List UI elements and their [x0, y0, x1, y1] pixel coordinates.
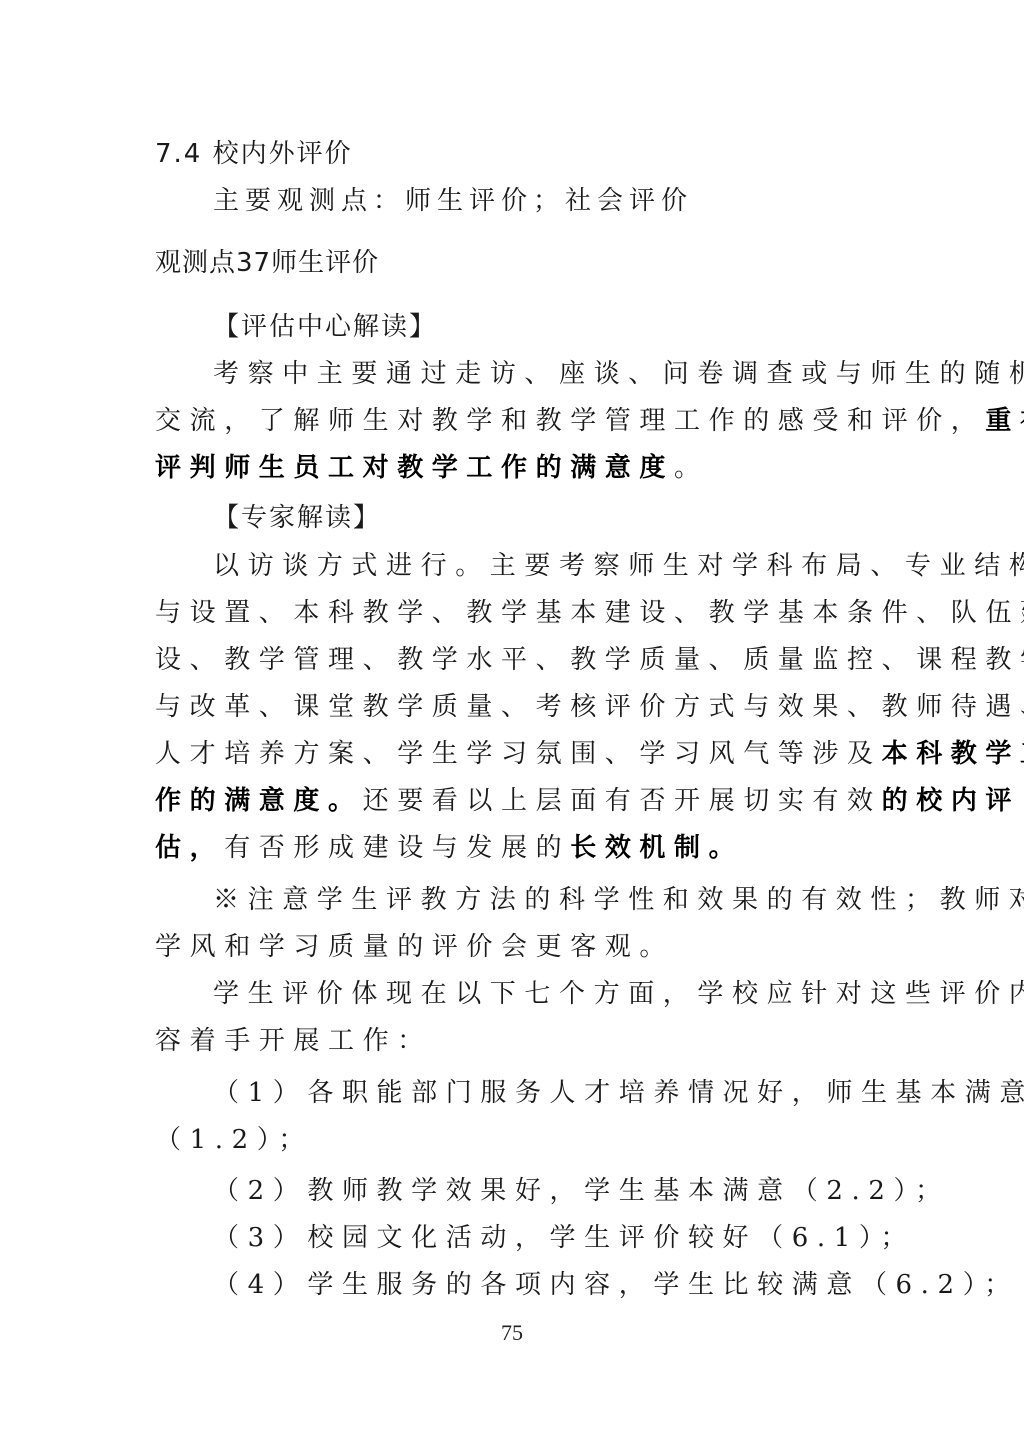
emphasis-text: 估，	[155, 833, 224, 863]
text-run: 考察中主要通过走访、座谈、问卷调查或与师生的随机	[213, 359, 1024, 389]
evaluation-item-3: （3）校园文化活动，学生评价较好（6.1）；	[213, 1221, 870, 1255]
emphasis-text: 本科教学工	[882, 739, 1024, 769]
expert-interpretation-line-5: 人才培养方案、学生学习氛围、学习风气等涉及本科教学工	[155, 737, 870, 771]
text-run: 设、教学管理、教学水平、教学质量、质量监控、课程教学	[155, 645, 1024, 675]
emphasis-text: 评判师生员工对教学工作的满意度	[155, 453, 674, 483]
expert-interpretation-line-6: 作的满意度。还要看以上层面有否开展切实有效的校内评	[155, 784, 870, 818]
expert-interpretation-line-2: 与设置、本科教学、教学基本建设、教学基本条件、队伍建	[155, 596, 870, 630]
emphasis-text: 重在	[985, 406, 1024, 436]
observation-point-title: 观测点37师生评价	[155, 246, 870, 280]
expert-interpretation-line-4: 与改革、课堂教学质量、考核评价方式与效果、教师待遇、	[155, 690, 870, 724]
text-run: 。	[674, 453, 709, 483]
evaluation-item-1-continued: （1.2）；	[155, 1123, 870, 1157]
text-run: 与设置、本科教学、教学基本建设、教学基本条件、队伍建	[155, 598, 1024, 628]
evaluation-item-1: （1）各职能部门服务人才培养情况好，师生基本满意	[213, 1076, 870, 1110]
page-number: 75	[0, 1320, 1024, 1346]
expert-interpretation-line-1: 以访谈方式进行。主要考察师生对学科布局、专业结构	[213, 549, 870, 583]
center-interpretation-line-2: 交流，了解师生对教学和教学管理工作的感受和评价，重在	[155, 404, 870, 438]
note-line-1: ※注意学生评教方法的科学性和效果的有效性；教师对	[213, 883, 870, 917]
emphasis-text: 的校内评	[882, 786, 1020, 816]
expert-interpretation-line-7: 估，有否形成建设与发展的长效机制。	[155, 831, 870, 865]
section-heading: 7.4 校内外评价	[155, 137, 870, 171]
emphasis-text: 作的满意度。	[155, 786, 363, 816]
center-interpretation-label: 【评估中心解读】	[213, 310, 870, 344]
student-evaluation-intro-line-1: 学生评价体现在以下七个方面，学校应针对这些评价内	[213, 977, 870, 1011]
note-line-2: 学风和学习质量的评价会更客观。	[155, 930, 870, 964]
text-run: 交流，了解师生对教学和教学管理工作的感受和评价，	[155, 406, 985, 436]
center-interpretation-line-3: 评判师生员工对教学工作的满意度。	[155, 451, 870, 485]
emphasis-text: 长效机制。	[570, 833, 743, 863]
key-observation-points: 主要观测点：师生评价；社会评价	[213, 184, 870, 218]
text-run: 还要看以上层面有否开展切实有效	[363, 786, 882, 816]
document-page: 7.4 校内外评价 主要观测点：师生评价；社会评价 观测点37师生评价 【评估中…	[0, 0, 1024, 1448]
text-run: 有否形成建设与发展的	[224, 833, 570, 863]
text-run: 人才培养方案、学生学习氛围、学习风气等涉及	[155, 739, 882, 769]
expert-interpretation-line-3: 设、教学管理、教学水平、教学质量、质量监控、课程教学	[155, 643, 870, 677]
student-evaluation-intro-line-2: 容着手开展工作：	[155, 1024, 870, 1058]
evaluation-item-2: （2）教师教学效果好，学生基本满意（2.2）；	[213, 1174, 870, 1208]
expert-interpretation-label: 【专家解读】	[213, 501, 870, 535]
center-interpretation-line-1: 考察中主要通过走访、座谈、问卷调查或与师生的随机	[213, 357, 870, 391]
text-run: 与改革、课堂教学质量、考核评价方式与效果、教师待遇、	[155, 692, 1024, 722]
evaluation-item-4: （4）学生服务的各项内容，学生比较满意（6.2）；	[213, 1268, 870, 1302]
text-run: 以访谈方式进行。主要考察师生对学科布局、专业结构	[213, 551, 1024, 581]
